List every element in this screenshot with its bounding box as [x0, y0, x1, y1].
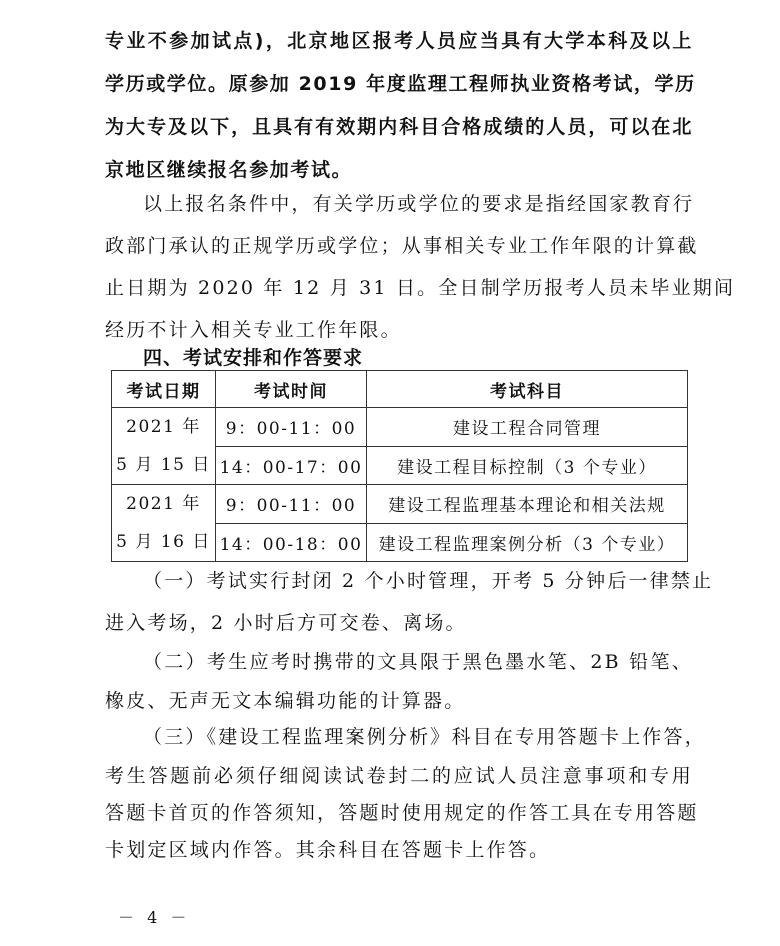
paragraph-line: 卡划定区域内作答。其余科目在答题卡上作答。	[105, 839, 693, 861]
date-month-day: 5 月 15 日	[112, 446, 215, 484]
date-month-day: 5 月 16 日	[112, 523, 215, 561]
subject-cell: 建设工程合同管理	[367, 408, 688, 447]
paragraph-line: 止日期为 2020 年 12 月 31 日。全日制学历报考人员未毕业期间	[105, 277, 693, 299]
time-cell: 9：00-11：00	[216, 408, 367, 447]
paragraph-line: 考生答题前必须仔细阅读试卷封二的应试人员注意事项和专用	[105, 765, 693, 787]
paragraph-line: 橡皮、无声无文本编辑功能的计算器。	[105, 690, 693, 712]
table-header-row: 考试日期 考试时间 考试科目	[112, 371, 688, 408]
paragraph-line: 专业不参加试点)，北京地区报考人员应当具有大学本科及以上	[105, 30, 693, 52]
date-year: 2021 年	[112, 485, 215, 523]
subject-cell: 建设工程监理案例分析（3 个专业）	[367, 523, 688, 562]
paragraph-line: 京地区继续报名参加考试。	[105, 159, 693, 181]
time-cell: 9：00-11：00	[216, 485, 367, 524]
date-cell: 2021 年 5 月 15 日	[112, 408, 216, 485]
paragraph-line: 学历或学位。原参加 2019 年度监理工程师执业资格考试，学历	[105, 73, 693, 95]
header-exam-subject: 考试科目	[367, 371, 688, 408]
section-heading: 四、考试安排和作答要求	[143, 343, 363, 370]
paragraph-line: （三）《建设工程监理案例分析》科目在专用答题卡上作答，	[143, 726, 693, 748]
subject-cell: 建设工程目标控制（3 个专业）	[367, 446, 688, 485]
time-cell: 14：00-18：00	[216, 523, 367, 562]
table-row: 2021 年 5 月 16 日 9：00-11：00 建设工程监理基本理论和相关…	[112, 485, 688, 524]
exam-schedule-table: 考试日期 考试时间 考试科目 2021 年 5 月 15 日 9：00-11：0…	[111, 370, 688, 562]
paragraph-line: 为大专及以下，且具有有效期内科目合格成绩的人员，可以在北	[105, 116, 693, 138]
paragraph-line: 进入考场，2 小时后方可交卷、离场。	[105, 612, 693, 634]
paragraph-line: （二）考生应考时携带的文具限于黑色墨水笔、2B 铅笔、	[143, 651, 693, 673]
paragraph-line: 答题卡首页的作答须知，答题时使用规定的作答工具在专用答题	[105, 802, 693, 824]
paragraph-line: （一）考试实行封闭 2 个小时管理，开考 5 分钟后一律禁止	[143, 570, 693, 592]
header-exam-time: 考试时间	[216, 371, 367, 408]
subject-cell: 建设工程监理基本理论和相关法规	[367, 485, 688, 524]
time-cell: 14：00-17：00	[216, 446, 367, 485]
paragraph-line: 政部门承认的正规学历或学位；从事相关专业工作年限的计算截	[105, 235, 693, 257]
page-number: － 4 －	[118, 905, 190, 928]
table-row: 2021 年 5 月 15 日 9：00-11：00 建设工程合同管理	[112, 408, 688, 447]
date-year: 2021 年	[112, 408, 215, 446]
date-cell: 2021 年 5 月 16 日	[112, 485, 216, 562]
paragraph-line: 经历不计入相关专业工作年限。	[105, 319, 693, 341]
header-exam-date: 考试日期	[112, 371, 216, 408]
paragraph-line: 以上报名条件中，有关学历或学位的要求是指经国家教育行	[143, 193, 693, 215]
